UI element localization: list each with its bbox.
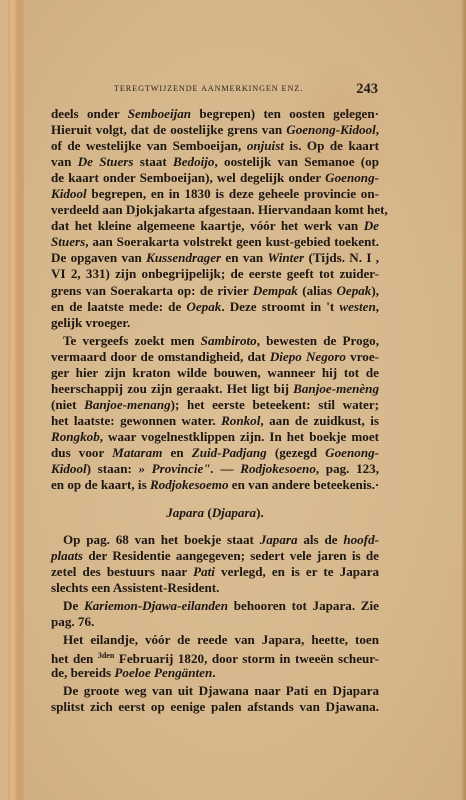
text-line: slechts een Assistent-Resident. — [51, 580, 379, 596]
text-line: grens van Soerakarta op: de rivier Dempa… — [51, 283, 379, 299]
text-line: splitst zich eerst op eenige palen afsta… — [51, 699, 379, 715]
text-line: Het eilandje, vóór de reede van Japara, … — [51, 632, 379, 648]
text-line: vermaard door de omstandigheid, dat Diep… — [51, 349, 379, 365]
body-text: deels onder Semboeijan begrepen) ten oos… — [51, 106, 379, 715]
text-line: zetel des bestuurs naar Pati verlegd, en… — [51, 564, 379, 580]
paragraph-3: Op pag. 68 van het boekje staat Japara a… — [51, 532, 379, 596]
section-heading: Japara (Djapara). — [51, 505, 379, 521]
text-line: heerschappij zou zijn geraakt. Het ligt … — [51, 381, 379, 397]
text-line: Kidool) staan: » Provincie". — Rodjokeso… — [51, 461, 379, 477]
text-line: Op pag. 68 van het boekje staat Japara a… — [51, 532, 379, 548]
text-line: (niet Banjoe-menang); het eerste beteeke… — [51, 397, 379, 413]
page-spine-shadow — [8, 0, 24, 800]
running-head: TEREGTWIJZENDE AANMERKINGEN ENZ. 243 — [54, 84, 378, 98]
text-line: de, bereids Poeloe Pengänten. — [51, 665, 379, 681]
paragraph-6: De groote weg van uit Djawana naar Pati … — [51, 683, 379, 715]
running-head-title: TEREGTWIJZENDE AANMERKINGEN ENZ. — [114, 84, 303, 93]
superscript: 3den — [98, 651, 114, 660]
text-line: het den 3den Februarij 1820, door storm … — [51, 648, 379, 664]
text-line: De opgaven van Kussendrager en van Winte… — [51, 250, 379, 266]
page-number: 243 — [356, 81, 378, 98]
text-line: dat het kleine algemeene kaartje, vóór h… — [51, 218, 379, 234]
text-line: dus voor Mataram en Zuid-Padjang (gezegd… — [51, 445, 379, 461]
text-line: Stuers, aan Soerakarta volstrekt geen ku… — [51, 234, 379, 250]
page-edge — [462, 0, 466, 800]
text-line: of de westelijke van Semboeijan, onjuist… — [51, 138, 379, 154]
text-line: Kidool begrepen, en in 1830 is deze gehe… — [51, 186, 379, 202]
text-line: en op de kaart, is Rodjokesoemo en van a… — [51, 477, 379, 493]
paragraph-1: deels onder Semboeijan begrepen) ten oos… — [51, 106, 379, 331]
paragraph-4: De Kariemon-Djawa-eilanden behooren tot … — [51, 598, 379, 630]
text-line: deels onder Semboeijan begrepen) ten oos… — [51, 106, 379, 122]
text-line: verdeeld aan Djokjakarta afgestaan. Hier… — [51, 202, 379, 218]
book-page: TEREGTWIJZENDE AANMERKINGEN ENZ. 243 dee… — [0, 0, 466, 800]
paragraph-2: Te vergeefs zoekt men Sambiroto, beweste… — [51, 333, 379, 493]
text-line: Te vergeefs zoekt men Sambiroto, beweste… — [51, 333, 379, 349]
text-line: en de laatste mede: de Oepak. Deze stroo… — [51, 299, 379, 315]
text-line: plaats der Residentie aangegeven; sedert… — [51, 548, 379, 564]
text-line: Rongkob, waar vogelnestklippen zijn. In … — [51, 429, 379, 445]
text-line: gelijk vroeger. — [51, 315, 379, 331]
text-line: De groote weg van uit Djawana naar Pati … — [51, 683, 379, 699]
text-line: pag. 76. — [51, 614, 379, 630]
text-line: Hieruit volgt, dat de oostelijke grens v… — [51, 122, 379, 138]
paragraph-5: Het eilandje, vóór de reede van Japara, … — [51, 632, 379, 680]
text-line: ger hier zijn kraton wilde bouwen, wanne… — [51, 365, 379, 381]
text-line: van De Stuers staat Bedoijo, oostelijk v… — [51, 154, 379, 170]
page-gutter — [0, 0, 8, 800]
text-line: de kaart onder Semboeijan), wel degelijk… — [51, 170, 379, 186]
text-line: VI 2, 331) zijn onbegrijpelijk; de eerst… — [51, 266, 379, 282]
text-line: het laatste: gewonnen water. Ronkol, aan… — [51, 413, 379, 429]
text-line: De Kariemon-Djawa-eilanden behooren tot … — [51, 598, 379, 614]
